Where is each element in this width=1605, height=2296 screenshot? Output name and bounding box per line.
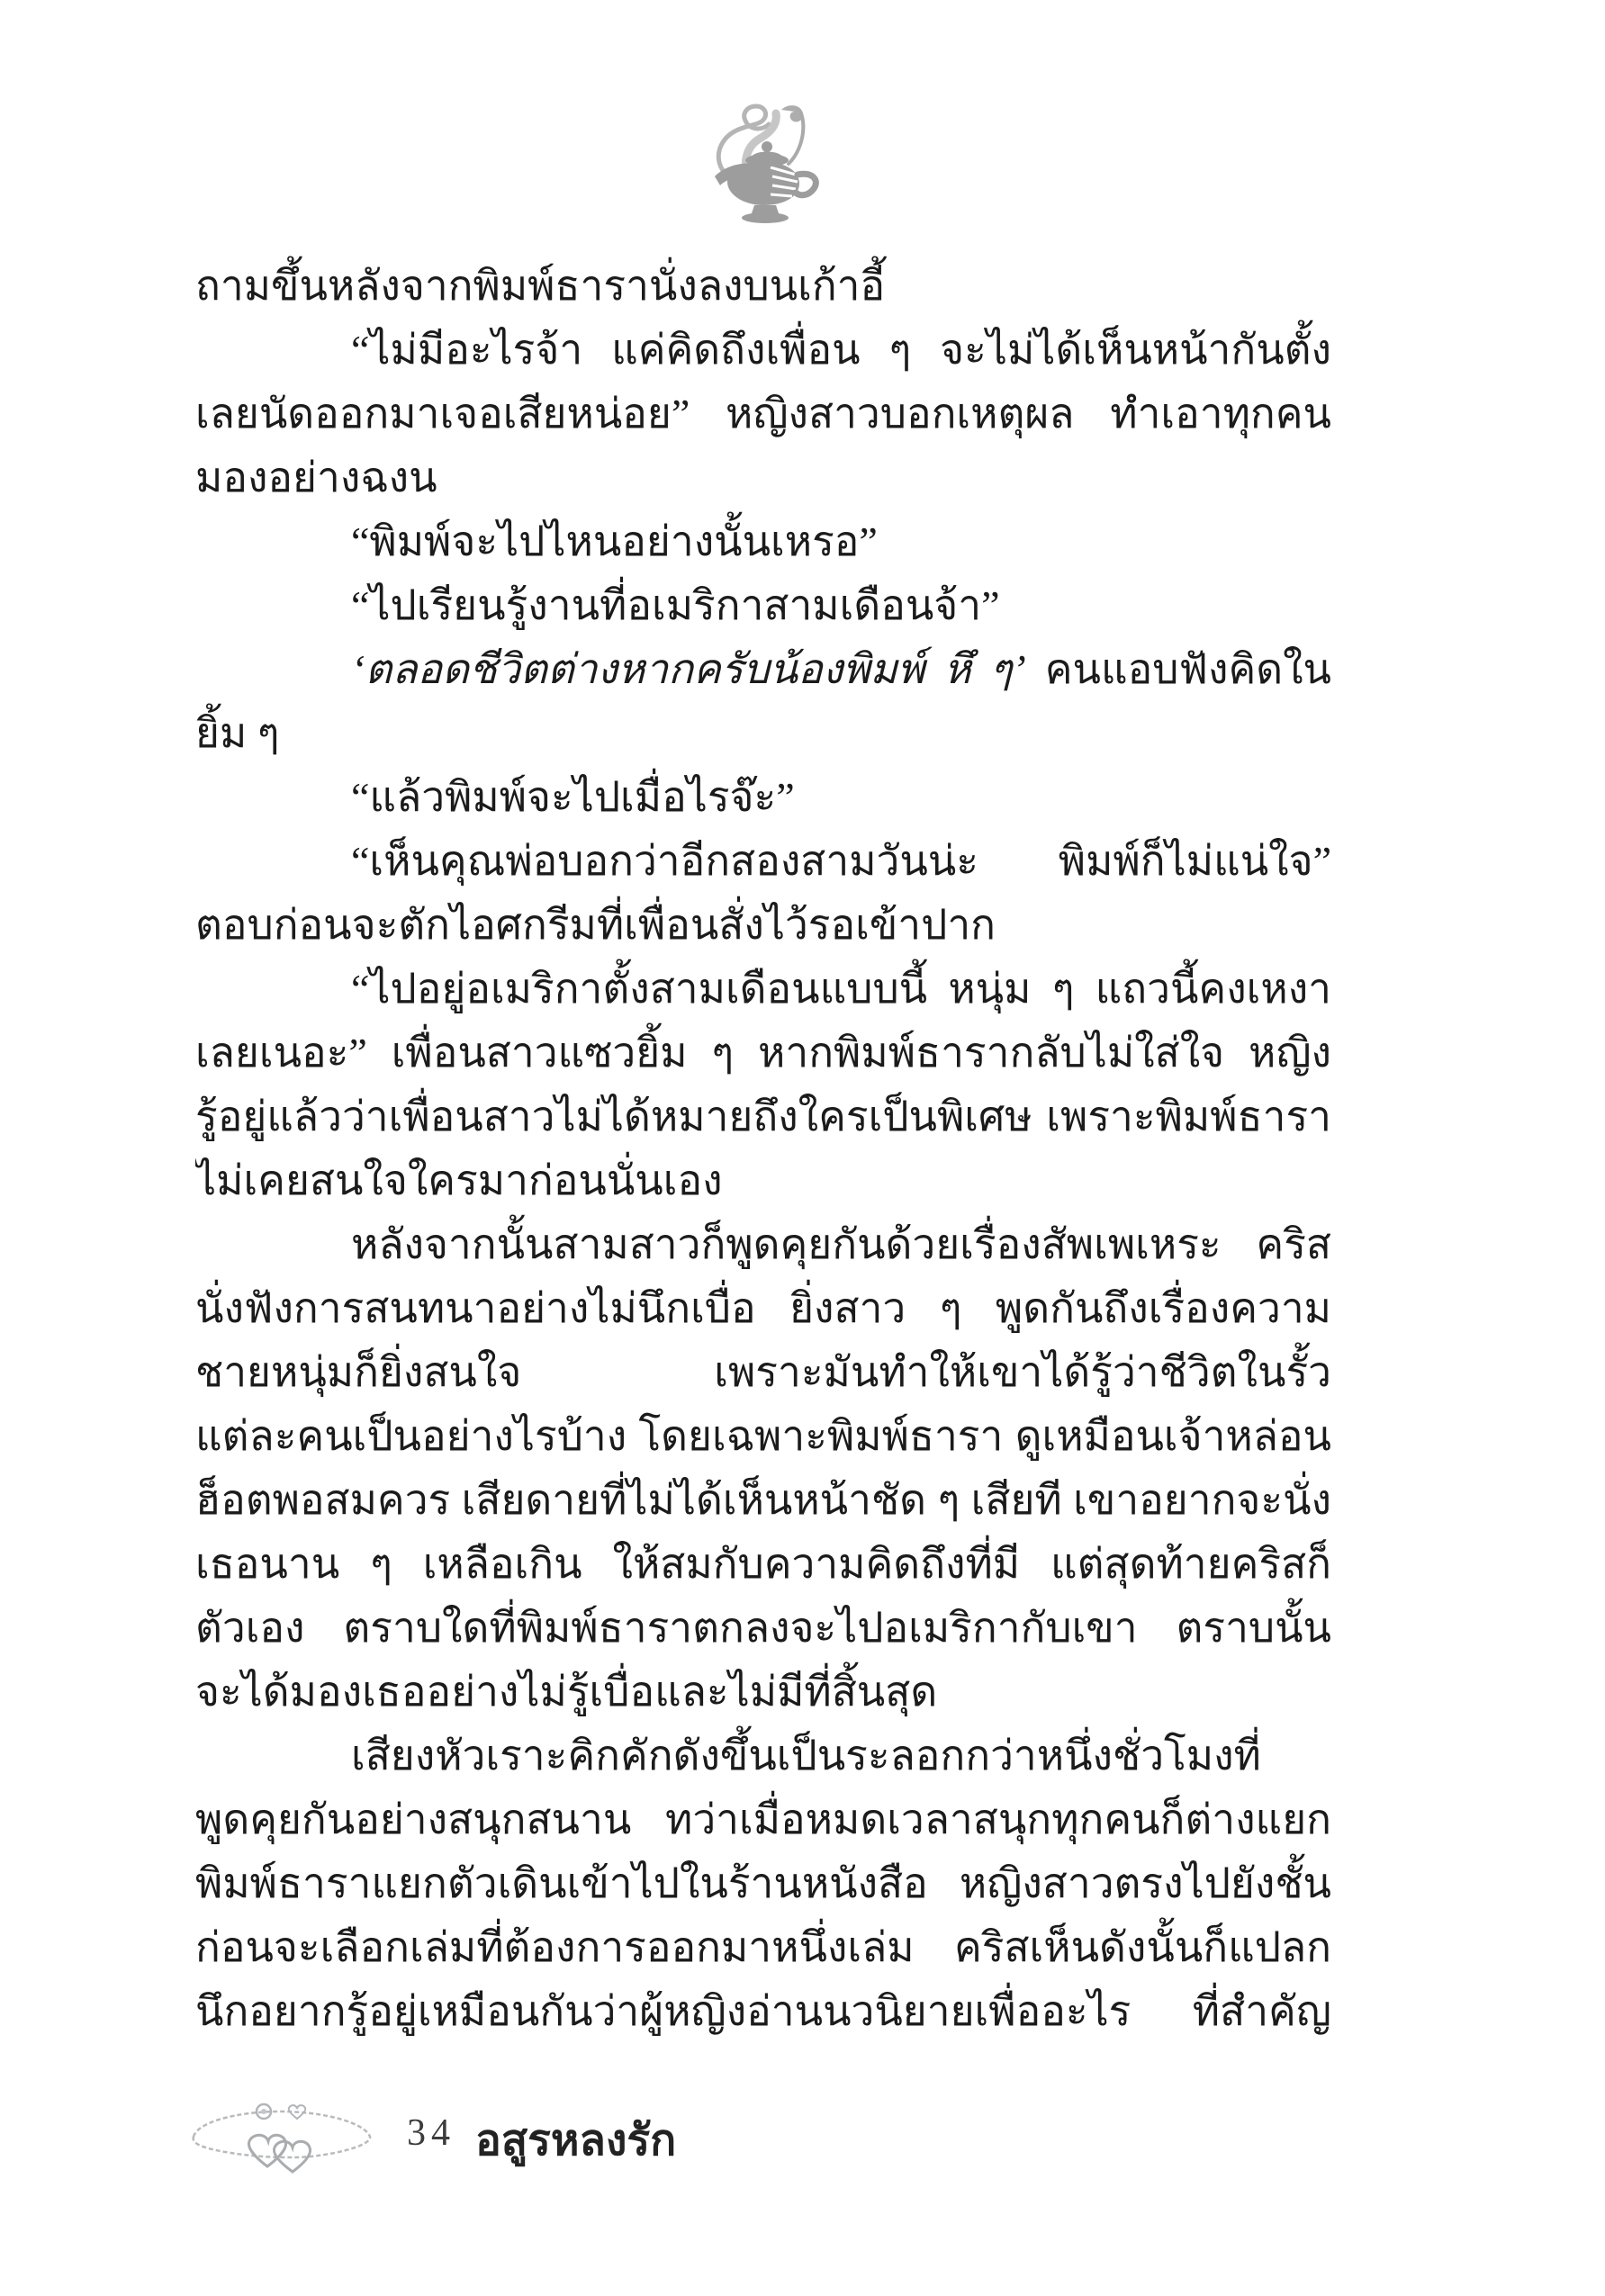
heart-bracelet-icon [185,2101,381,2186]
text-line: “ไปเรียนรู้งานที่อเมริกาสามเดือนจ้า” [195,573,1331,637]
text-line: นั่งฟังการสนทนาอย่างไม่นึกเบื่อ ยิ่งสาว … [195,1276,1331,1340]
text-line: “แล้วพิมพ์จะไปเมื่อไรจ๊ะ” [195,765,1331,829]
text-line: “ไปอยู่อเมริกาตั้งสามเดือนแบบนี้ หนุ่ม ๆ… [195,957,1331,1021]
text-line: มองอย่างฉงน [195,446,1331,509]
page-number: 34 [407,2111,455,2155]
text-line: รู้อยู่แล้วว่าเพื่อนสาวไม่ได้หมายถึงใครเ… [195,1085,1331,1148]
text-line: เธอนาน ๆ เหลือเกิน ให้สมกับความคิดถึงที่… [195,1532,1331,1596]
text-line: ชายหนุ่มก็ยิ่งสนใจ เพราะมันทำให้เขาได้รู… [195,1340,1331,1404]
text-line: แต่ละคนเป็นอย่างไรบ้าง โดยเฉพาะพิมพ์ธารา… [195,1404,1331,1468]
genie-lamp-steam-icon [695,99,839,230]
text-line: ก่อนจะเลือกเล่มที่ต้องการออกมาหนึ่งเล่ม … [195,1915,1331,1979]
text-line: นึกอยากรู้อยู่เหมือนกันว่าผู้หญิงอ่านนวน… [195,1979,1331,2043]
text-line: จะได้มองเธออย่างไม่รู้เบื่อและไม่มีที่สิ… [195,1660,1331,1724]
text-line: ถามขึ้นหลังจากพิมพ์ธารานั่งลงบนเก้าอี้ [195,254,1331,318]
genie-lamp-svg [695,99,839,230]
text-line: เสียงหัวเราะคิกคักดังขึ้นเป็นระลอกกว่าหน… [195,1724,1331,1787]
text-line: หลังจากนั้นสามสาวก็พูดคุยกันด้วยเรื่องสั… [195,1212,1331,1276]
text-line: พูดคุยกันอย่างสนุกสนาน ทว่าเมื่อหมดเวลาส… [195,1787,1331,1851]
text-line-inner-thought: ‘ตลอดชีวิตต่างหากครับน้องพิมพ์ หึ ๆ’ คนแ… [195,637,1331,701]
text-line: ตัวเอง ตราบใดที่พิมพ์ธาราตกลงจะไปอเมริกา… [195,1596,1331,1660]
text-line: พิมพ์ธาราแยกตัวเดินเข้าไปในร้านหนังสือ ห… [195,1851,1331,1915]
text-line: “พิมพ์จะไปไหนอย่างนั้นเหรอ” [195,509,1331,573]
inner-thought-italic: ‘ตลอดชีวิตต่างหากครับน้องพิมพ์ หึ ๆ’ [351,646,1026,692]
text-line: ไม่เคยสนใจใครมาก่อนนั่นเอง [195,1148,1331,1212]
text-line: “เห็นคุณพ่อบอกว่าอีกสองสามวันน่ะ พิมพ์ก็… [195,829,1331,893]
text-line: ตอบก่อนจะตักไอศกรีมที่เพื่อนสั่งไว้รอเข้… [195,893,1331,957]
heart-bracelet-svg [185,2101,381,2186]
text-line: เลยนัดออกมาเจอเสียหน่อย” หญิงสาวบอกเหตุผ… [195,382,1331,446]
text-line: “ไม่มีอะไรจ้า แค่คิดถึงเพื่อน ๆ จะไม่ได้… [195,318,1331,382]
page-text: ถามขึ้นหลังจากพิมพ์ธารานั่งลงบนเก้าอี้ “… [195,254,1331,2043]
book-title: อสูรหลงรัก [475,2106,676,2174]
text-line: เลยเนอะ” เพื่อนสาวแซวยิ้ม ๆ หากพิมพ์ธารา… [195,1021,1331,1085]
text-line: ฮ็อตพอสมควร เสียดายที่ไม่ได้เห็นหน้าชัด … [195,1468,1331,1532]
text-line: ยิ้ม ๆ [195,701,1331,765]
book-page: ถามขึ้นหลังจากพิมพ์ธารานั่งลงบนเก้าอี้ “… [0,0,1605,2296]
